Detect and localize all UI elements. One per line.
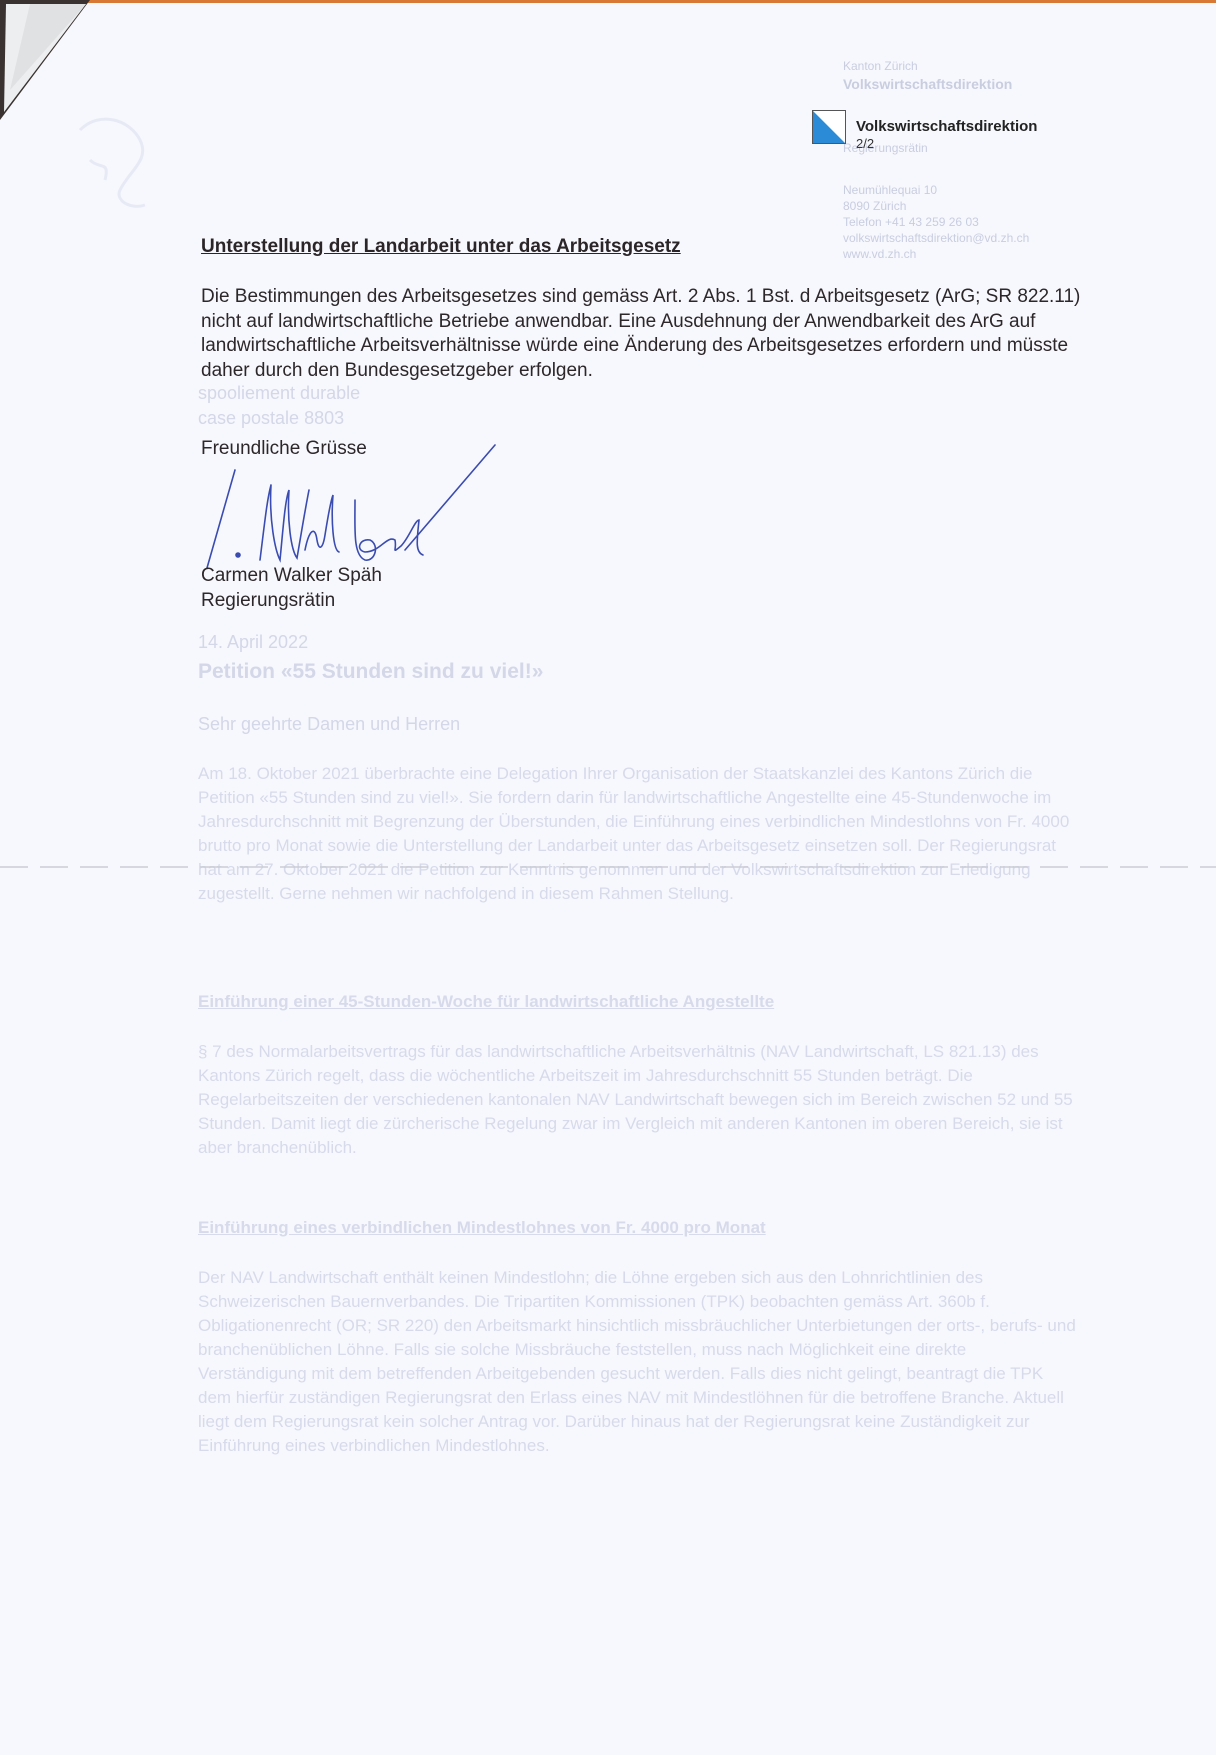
department-name: Volkswirtschaftsdirektion [856, 118, 1037, 135]
ghost-header-line: volkswirtschaftsdirektion@vd.zh.ch [843, 230, 1029, 246]
canton-zurich-shield-icon [812, 110, 846, 144]
ghost-header-line: Volkswirtschaftsdirektion [843, 76, 1012, 92]
ghost-header-line: Telefon +41 43 259 26 03 [843, 214, 979, 230]
signer-block: Carmen Walker Späh Regierungsrätin [201, 563, 382, 613]
ghost-heading: Einführung eines verbindlichen Mindestlo… [198, 1216, 1078, 1240]
signer-title: Regierungsrätin [201, 588, 382, 613]
letterhead: Volkswirtschaftsdirektion 2/2 [812, 110, 1037, 151]
ghost-header-line: 8090 Zürich [843, 198, 906, 214]
ghost-header-line: Kanton Zürich [843, 58, 918, 74]
ghost-header-line: Neumühlequai 10 [843, 182, 937, 198]
ghost-paragraph: Der NAV Landwirtschaft enthält keinen Mi… [198, 1266, 1078, 1458]
handwritten-signature [205, 440, 525, 580]
ghost-header-line: www.vd.zh.ch [843, 246, 916, 262]
body-paragraph: Die Bestimmungen des Arbeitsgesetzes sin… [201, 285, 1081, 383]
page-indicator: 2/2 [856, 136, 1037, 151]
ghost-date: 14. April 2022 [198, 632, 308, 653]
lion-watermark-icon [60, 100, 180, 220]
ghost-address-line: case postale 8803 [198, 408, 344, 429]
ghost-salutation: Sehr geehrte Damen und Herren [198, 714, 460, 735]
scan-top-edge [0, 0, 1216, 3]
ghost-paragraph: Am 18. Oktober 2021 überbrachte eine Del… [198, 762, 1078, 906]
ghost-address-line: spooliement durable [198, 383, 360, 404]
section-heading: Unterstellung der Landarbeit unter das A… [201, 236, 681, 258]
paper-fold-line [0, 866, 1216, 868]
ghost-paragraph: § 7 des Normalarbeitsvertrags für das la… [198, 1040, 1078, 1160]
ghost-subject: Petition «55 Stunden sind zu viel!» [198, 660, 543, 684]
ghost-heading: Einführung einer 45-Stunden-Woche für la… [198, 990, 1078, 1014]
signer-name: Carmen Walker Späh [201, 563, 382, 588]
